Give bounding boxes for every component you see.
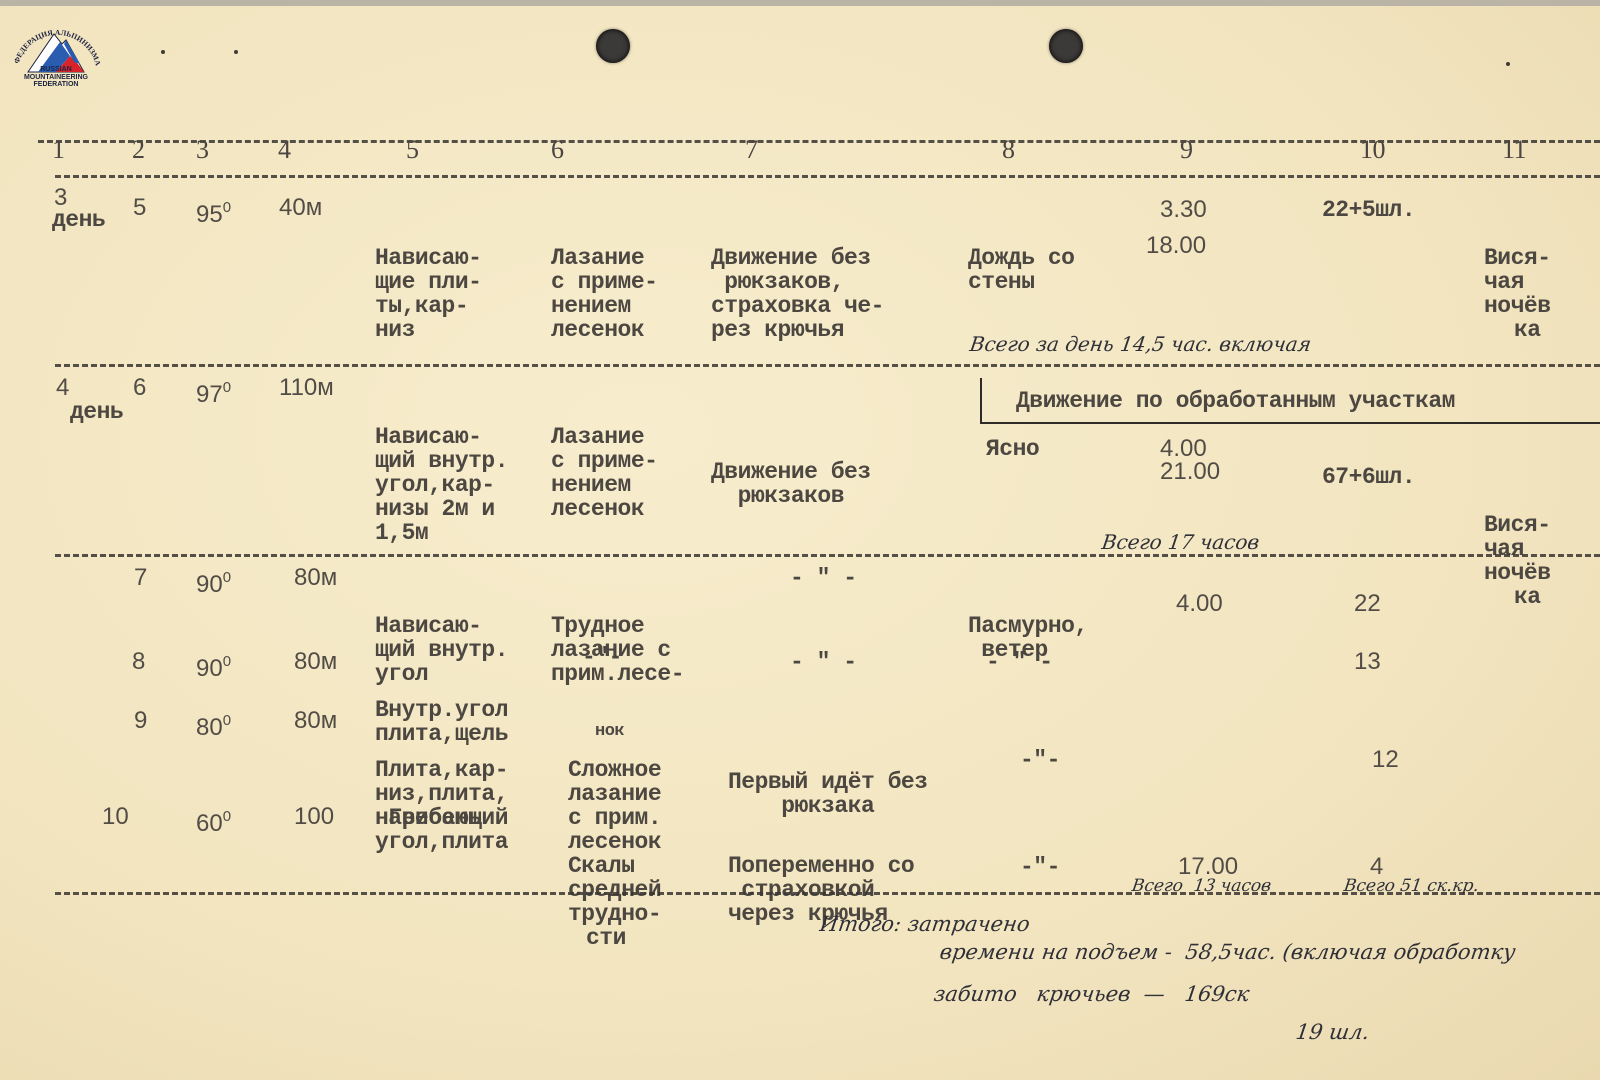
scan-top-edge: [0, 0, 1600, 6]
technique-cell: Скалысреднейтрудно-сти: [568, 806, 661, 998]
steepness: 950: [196, 196, 231, 227]
pitons-count: 22: [1354, 592, 1381, 616]
section-number: 8: [132, 650, 145, 674]
column-header: 8: [1002, 138, 1015, 162]
length: 80м: [294, 650, 337, 674]
column-header: 11: [1502, 138, 1526, 162]
length: 40м: [279, 196, 322, 220]
punch-hole: [1049, 29, 1083, 63]
day-label: день: [70, 400, 123, 424]
tactics-cell: Попеременно со страховкойчерез крючья: [728, 806, 914, 974]
row-divider: [55, 554, 1600, 557]
tactics-cell: - " -: [790, 650, 857, 674]
column-header: 6: [551, 138, 564, 162]
summary-line: 19 шл.: [1294, 1020, 1371, 1044]
day-number: 4: [56, 376, 69, 400]
pitons-count: 13: [1354, 650, 1381, 674]
summary-line: Итого: затрачено: [818, 912, 1031, 936]
steepness: 800: [196, 709, 231, 740]
technique-cell: -"-: [582, 645, 622, 669]
weather-cell: Пасмурно, ветер: [968, 566, 1088, 710]
bivouac-cell: Вися-чаяночёвка: [1484, 465, 1551, 657]
pitons-count: 12: [1372, 748, 1399, 772]
column-header: 5: [406, 138, 419, 162]
start-time: 4.00: [1176, 592, 1223, 616]
relief-cell: Нависаю-щие пли-ты,кар-низ: [375, 198, 481, 390]
column-header: 9: [1180, 138, 1193, 162]
weather-cell: Ясно: [986, 437, 1039, 461]
weather-cell: -"-: [1020, 748, 1060, 772]
end-time: 21.00: [1160, 460, 1220, 484]
relief-cell: Гребень: [375, 806, 481, 830]
column-header: 2: [132, 138, 145, 162]
header-bottom-rule: [55, 175, 1600, 178]
summary-line: забито крючьев — 169ск: [932, 982, 1251, 1006]
end-time: 18.00: [1146, 234, 1206, 258]
section-number: 7: [134, 566, 147, 590]
day-label: день: [52, 208, 105, 232]
pitons-count: 22+5шл.: [1322, 198, 1415, 222]
pitons-count: 67+6шл.: [1322, 465, 1415, 489]
start-time: 3.30: [1160, 198, 1207, 222]
steepness: 970: [196, 376, 231, 407]
column-header: 4: [278, 138, 291, 162]
handwritten-note: Всего за день 14,5 час. включая: [968, 332, 1312, 356]
row-divider: [55, 364, 1600, 367]
logo-caption: RUSSIAN MOUNTAINEERING FEDERATION: [8, 66, 104, 89]
steepness: 900: [196, 650, 231, 681]
length: 100: [294, 805, 334, 829]
length: 110м: [279, 376, 334, 400]
tactics-cell: Движение без рюкзаков,страховка че-рез к…: [711, 198, 884, 390]
technique-cell: Лазаниес приме-нениемлесенок: [551, 198, 657, 390]
punch-hole: [596, 29, 630, 63]
handwritten-note: Всего 17 часов: [1100, 530, 1261, 554]
steepness: 900: [196, 566, 231, 597]
steepness: 600: [196, 805, 231, 836]
weather-cell: - " -: [986, 650, 1053, 674]
speck: [234, 50, 238, 54]
technique-cell: Лазаниес приме-нениемлесенок: [551, 377, 657, 569]
tactics-cell: - " -: [790, 566, 857, 590]
speck: [1506, 62, 1510, 66]
speck: [161, 50, 165, 54]
column-header: 7: [745, 138, 758, 162]
table-bottom-rule: [55, 892, 1600, 895]
length: 80м: [294, 566, 337, 590]
summary-line: времени на подъем - 58,5час. (включая об…: [938, 940, 1517, 964]
weather-cell: -"-: [1020, 855, 1060, 879]
length: 80м: [294, 709, 337, 733]
bivouac-cell: Вися-чаяночёвка: [1484, 198, 1551, 390]
weather-cell: Дождь состены: [968, 198, 1074, 342]
column-header: 10: [1360, 138, 1385, 162]
section-number: 10: [102, 805, 129, 829]
banner-text: Движение по обработанным участкам: [1016, 389, 1455, 413]
column-header: 3: [196, 138, 209, 162]
relief-cell: Нависаю-щий внутр.угол,кар-низы 2м и1,5м: [375, 377, 508, 593]
section-number: 6: [133, 376, 146, 400]
tactics-cell: Движение без рюкзаков: [711, 412, 871, 556]
section-number: 9: [134, 709, 147, 733]
column-header: 1: [52, 138, 65, 162]
section-number: 5: [133, 196, 146, 220]
